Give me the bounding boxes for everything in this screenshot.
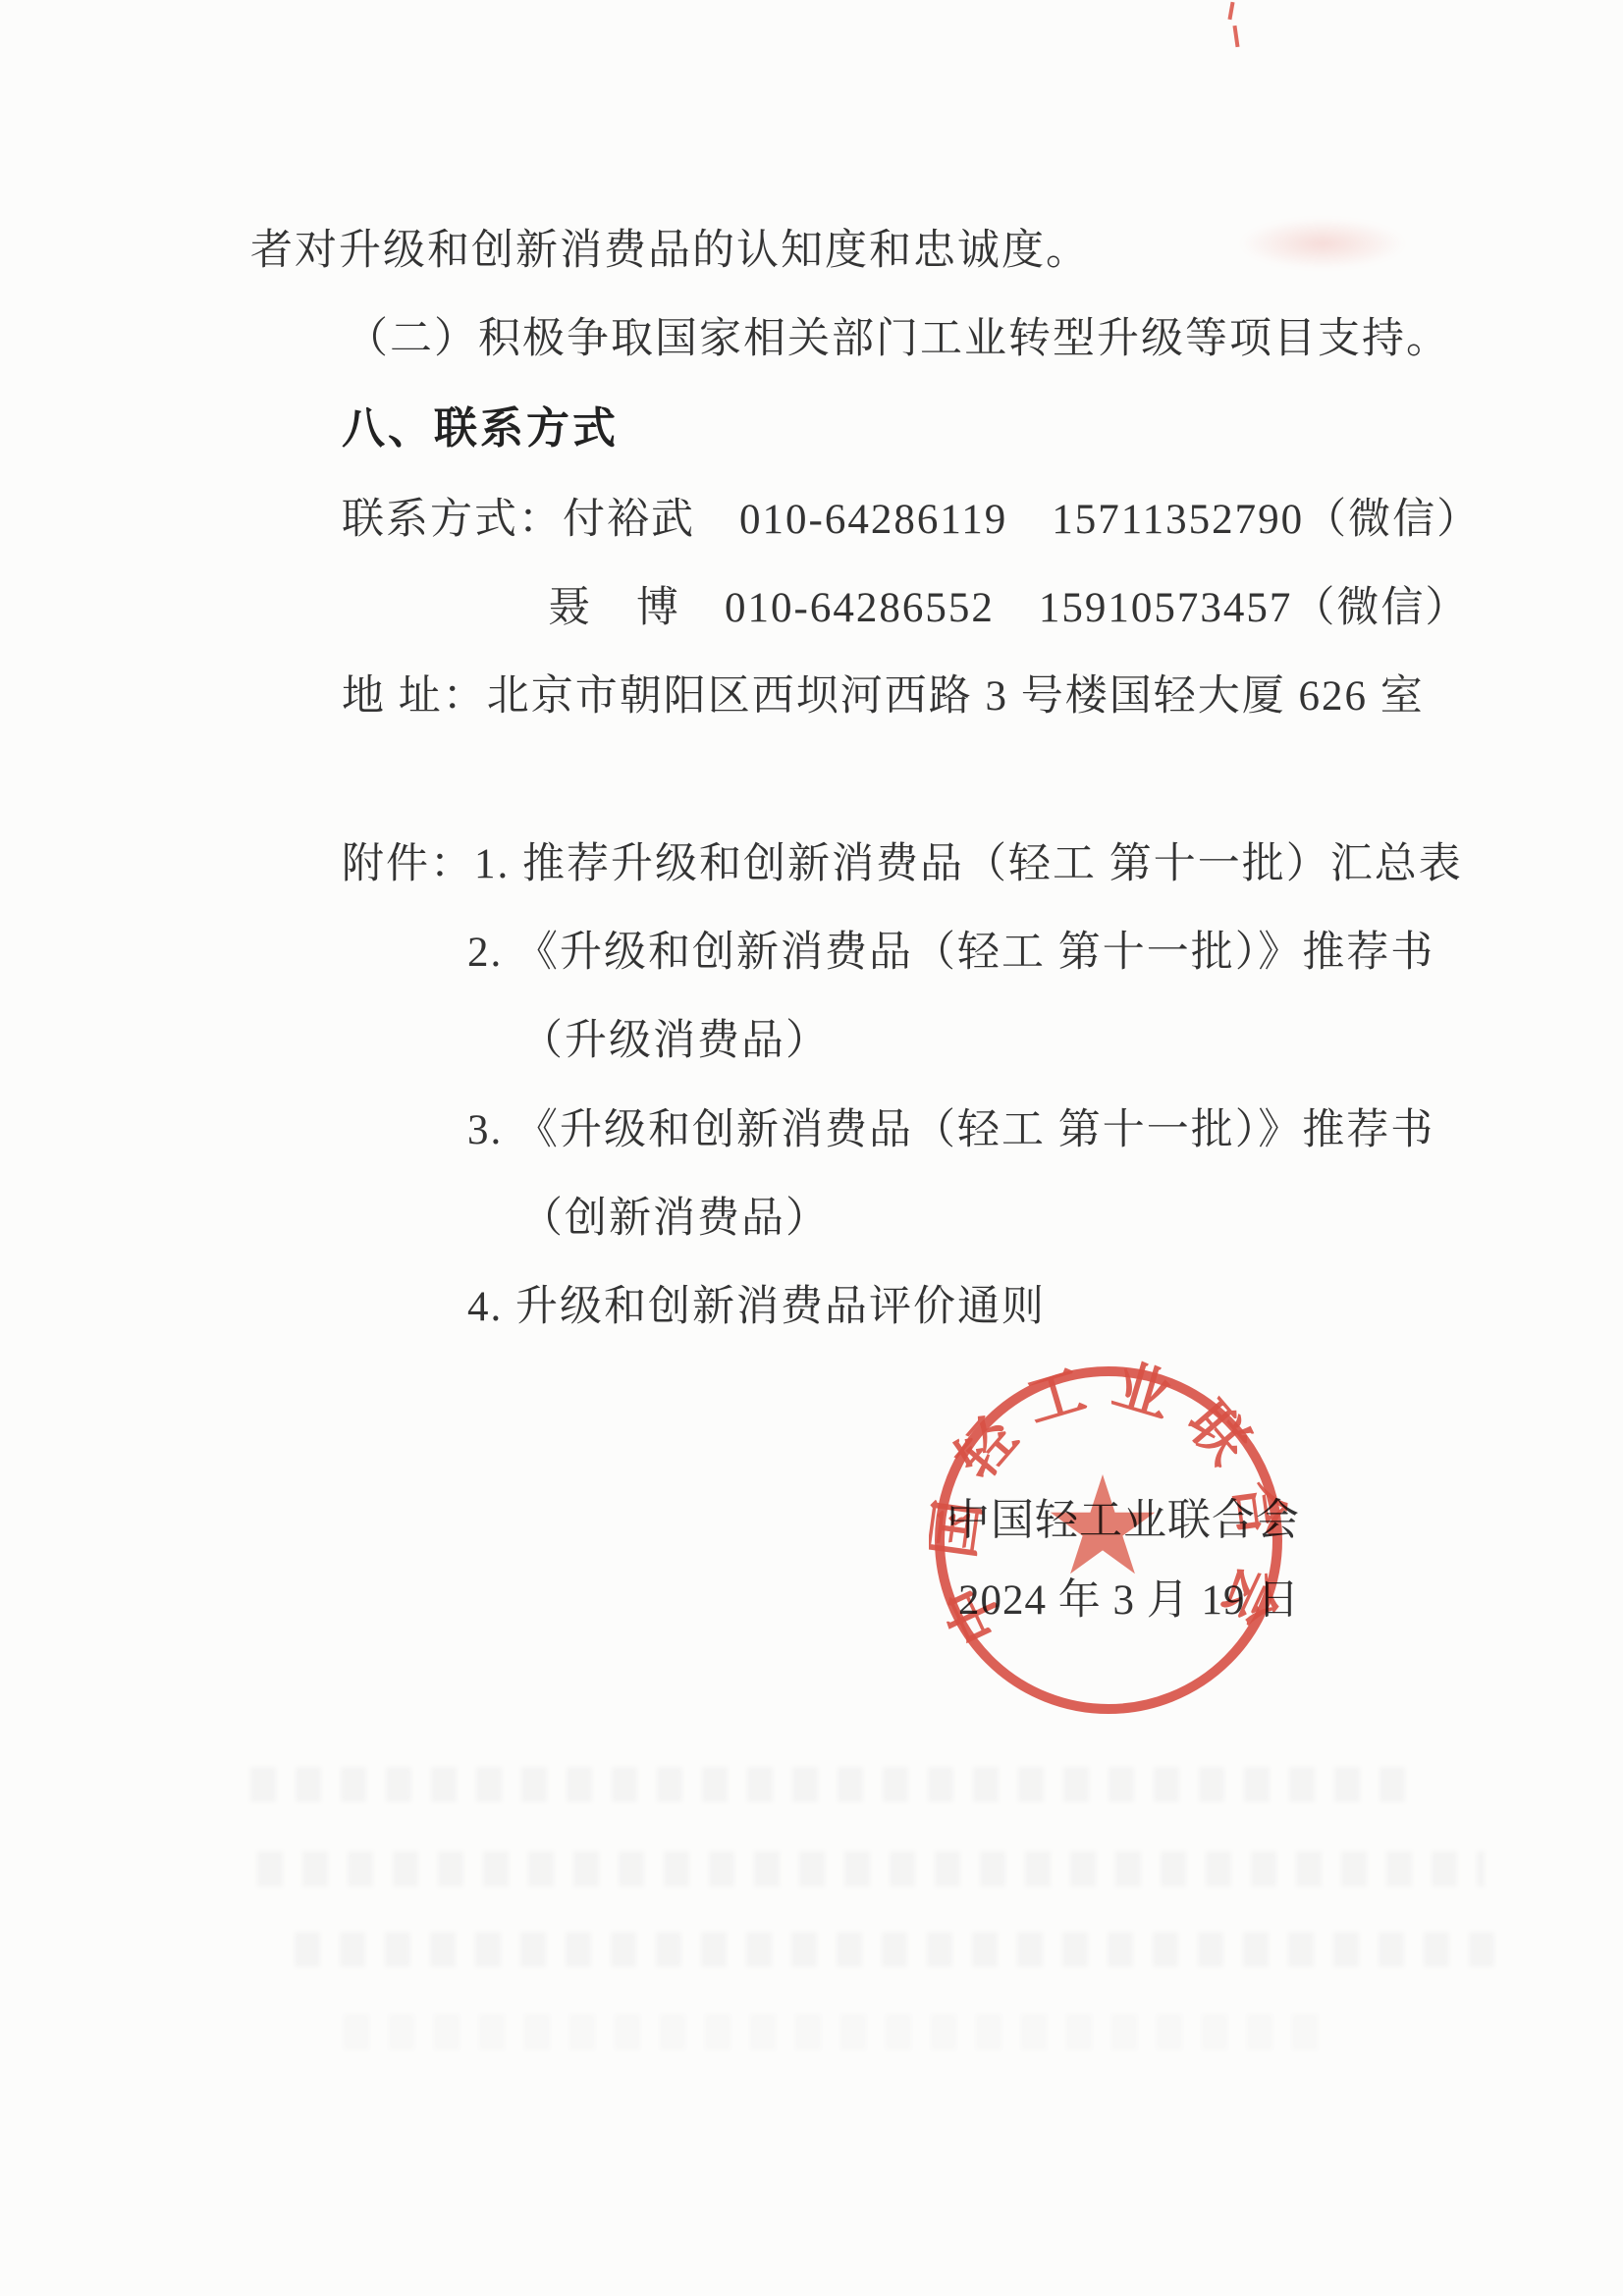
address-line: 地 址：北京市朝阳区西坝河西路 3 号楼国轻大厦 626 室 bbox=[342, 672, 1425, 721]
official-seal: 中国轻工业联合会 bbox=[929, 1361, 1288, 1720]
red-edge-artifact bbox=[1232, 26, 1239, 47]
pink-smudge-artifact bbox=[1239, 218, 1406, 269]
bleed-through-artifact bbox=[250, 1767, 1409, 1802]
attachment-item-3: 3. 《升级和创新消费品（轻工 第十一批）》推荐书 bbox=[467, 1106, 1434, 1154]
scanned-document-page: 者对升级和创新消费品的认知度和忠诚度。 （二）积极争取国家相关部门工业转型升级等… bbox=[0, 0, 1623, 2296]
attachment-item-1: 1. 推荐升级和创新消费品（轻工 第十一批）汇总表 bbox=[474, 841, 1463, 887]
section-heading-contact: 八、联系方式 bbox=[342, 404, 619, 454]
contact-line-2: 聂 博 010-64286552 15910573457（微信） bbox=[548, 584, 1469, 632]
bleed-through-artifact bbox=[257, 1851, 1485, 1887]
paragraph-item-2: （二）积极争取国家相关部门工业转型升级等项目支持。 bbox=[346, 315, 1450, 363]
bleed-through-artifact bbox=[295, 1932, 1502, 1967]
red-edge-artifact bbox=[1227, 2, 1234, 20]
attachment-item-3-subnote: （创新消费品） bbox=[520, 1195, 830, 1243]
paragraph-continuation: 者对升级和创新消费品的认知度和忠诚度。 bbox=[250, 227, 1090, 275]
attachment-item-2-subnote: （升级消费品） bbox=[520, 1017, 830, 1065]
attachment-item-4: 4. 升级和创新消费品评价通则 bbox=[467, 1283, 1046, 1331]
attachment-line-1: 附件：1. 推荐升级和创新消费品（轻工 第十一批）汇总表 bbox=[342, 840, 1463, 888]
contact-line-1: 联系方式：付裕武 010-64286119 15711352790（微信） bbox=[342, 496, 1481, 544]
bleed-through-artifact bbox=[344, 2014, 1325, 2050]
attachment-item-2: 2. 《升级和创新消费品（轻工 第十一批）》推荐书 bbox=[467, 929, 1434, 977]
seal-star bbox=[1051, 1474, 1156, 1574]
attachments-label: 附件： bbox=[342, 841, 474, 887]
